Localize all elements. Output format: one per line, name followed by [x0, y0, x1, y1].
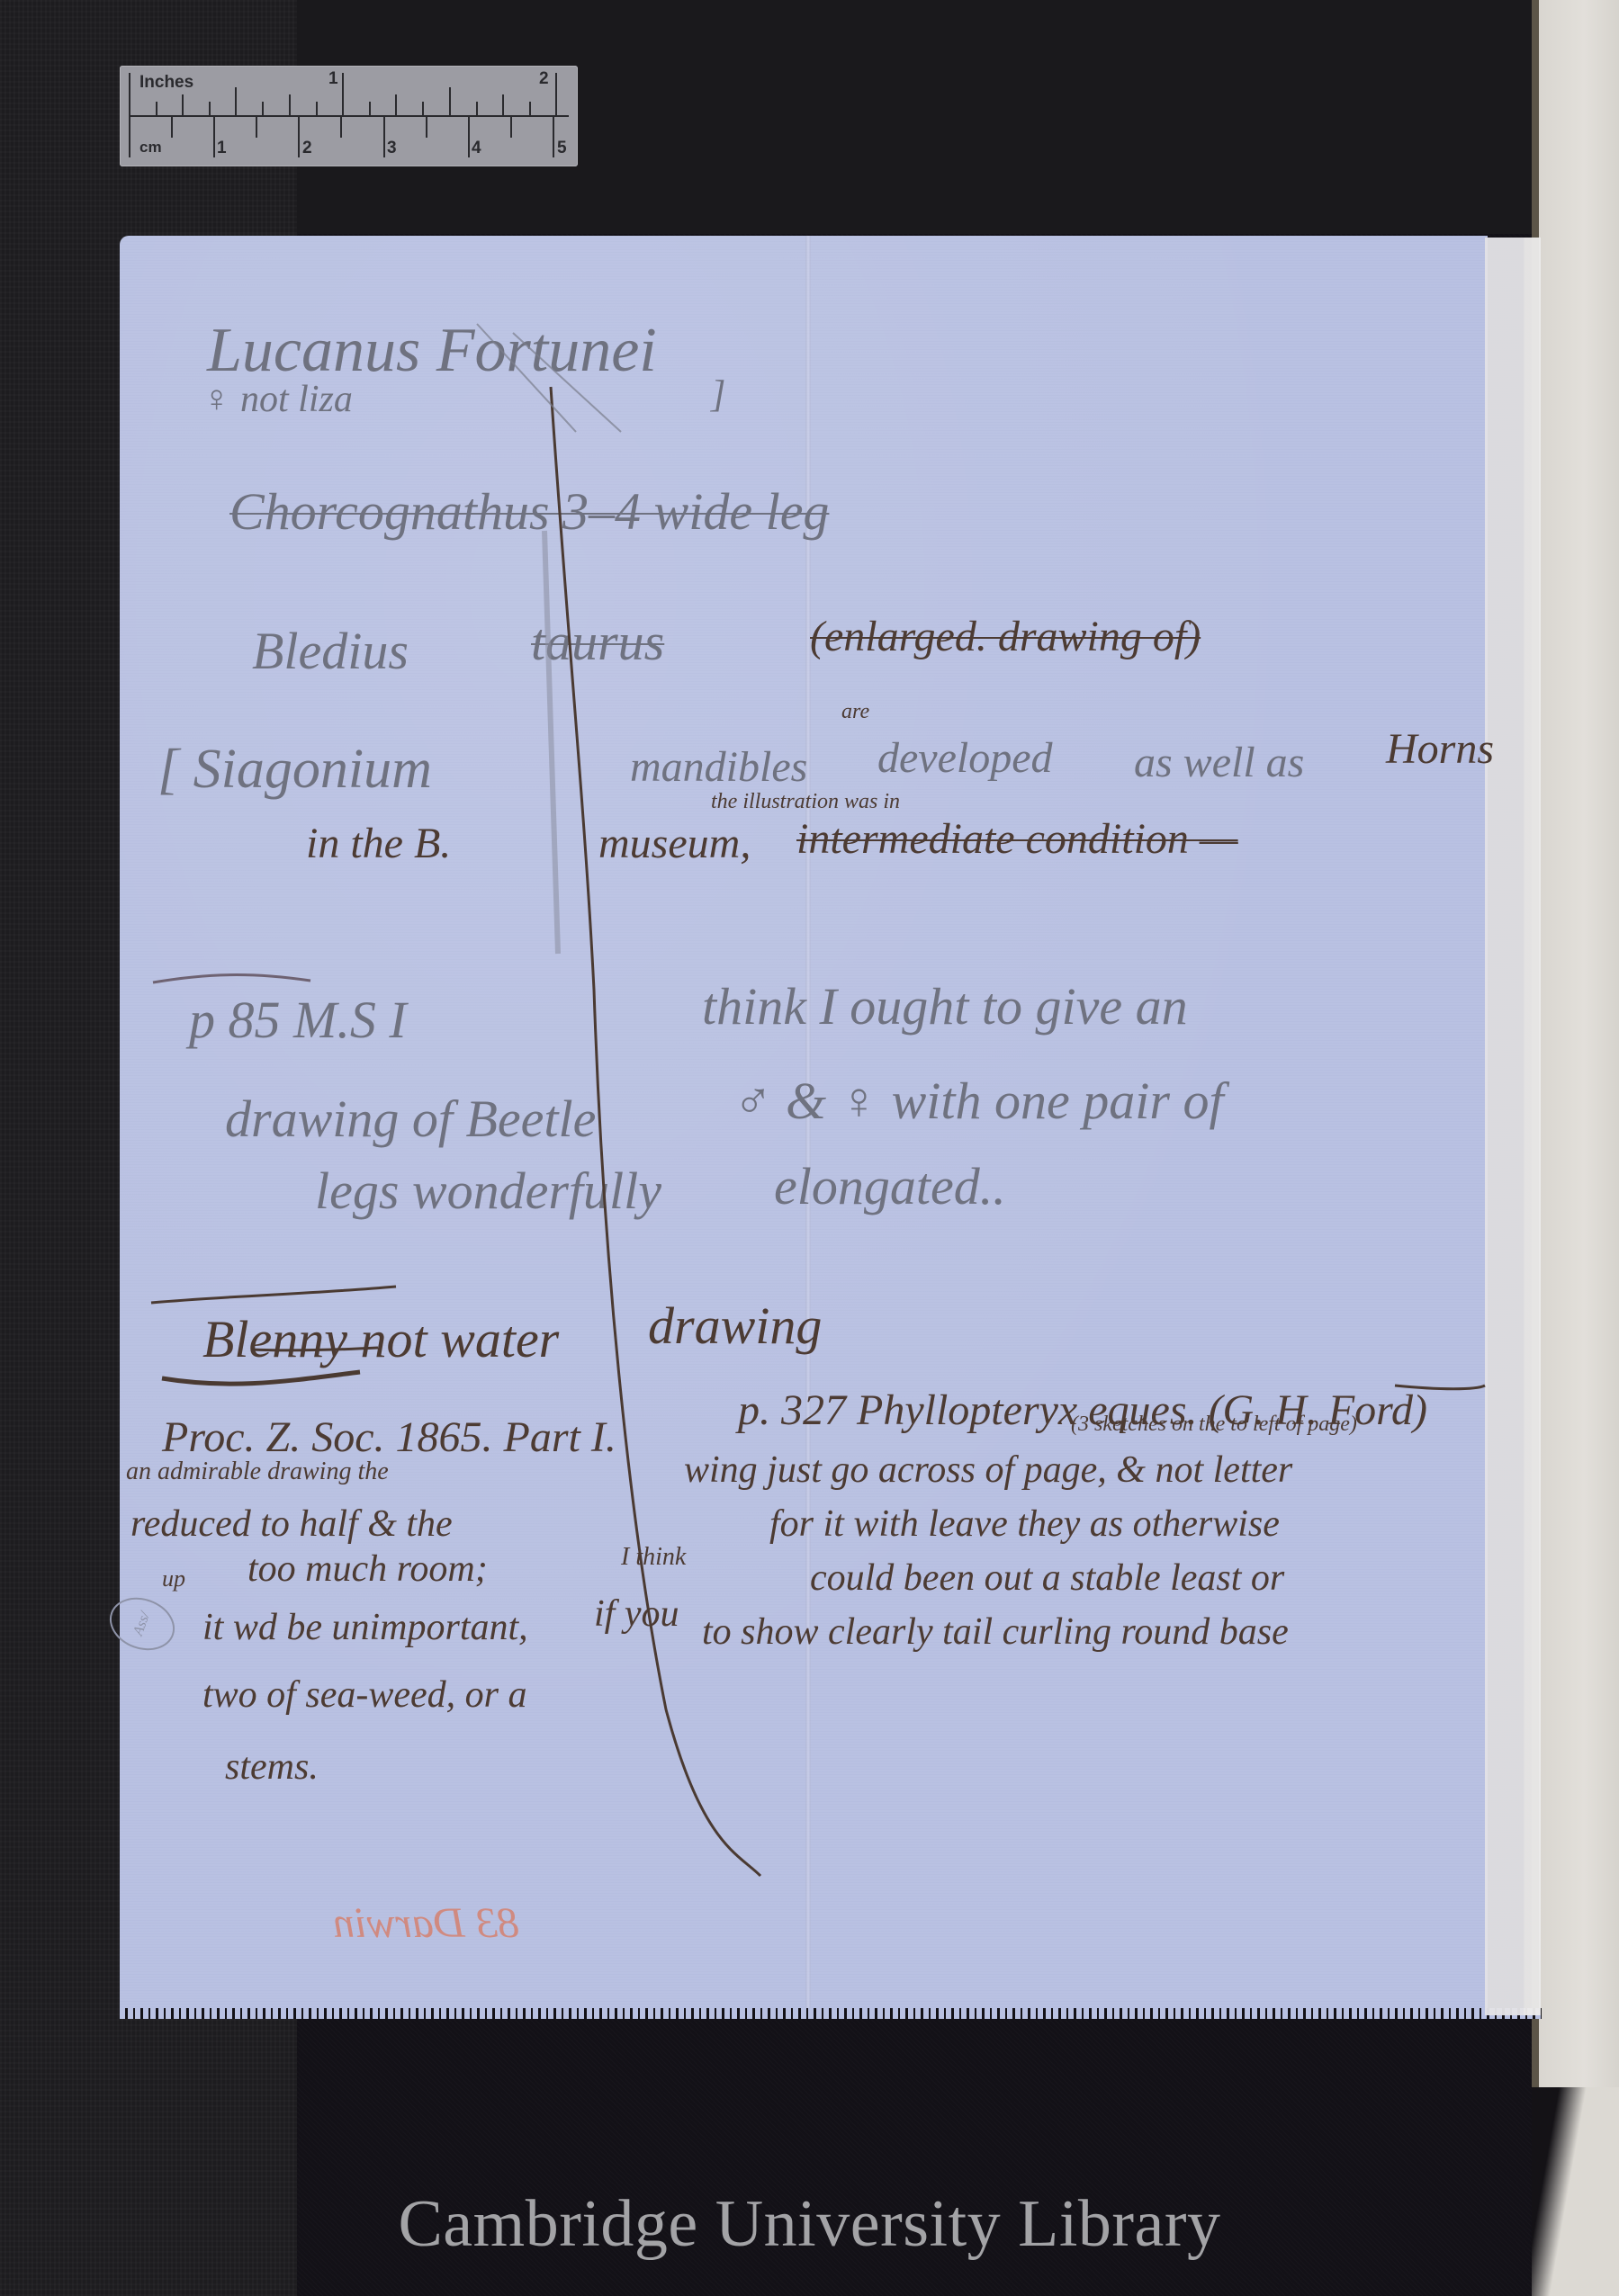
note-bledius-taurus: taurus: [531, 612, 664, 672]
ruler-tick: [395, 94, 397, 116]
hinge-tape: [1485, 238, 1541, 2015]
ruler-tick: [553, 116, 554, 157]
ruler-tick: [449, 87, 451, 116]
note-para-6: stems.: [225, 1745, 319, 1789]
stamp-text: Ass/: [130, 1610, 154, 1637]
institution-watermark: Cambridge University Library: [0, 2186, 1619, 2263]
ruler-tick: [213, 116, 215, 157]
ruler-inches-label: Inches: [139, 74, 193, 91]
note-siagonium-developed: developed: [877, 733, 1053, 783]
ruler-tick: [476, 102, 478, 116]
note-intermediate: intermediate condition —: [796, 814, 1238, 864]
ruler-tick: [129, 116, 130, 157]
note-para-3b: I think: [621, 1543, 686, 1572]
ruler-inch-mark-2: 2: [539, 70, 549, 87]
ruler-tick: [316, 102, 318, 116]
ruler-tick: [555, 73, 557, 116]
note-para-1a: an admirable drawing the: [126, 1457, 389, 1486]
note-chorcognathus: Chorcognathus 3–4 wide leg: [229, 481, 829, 542]
ruler-cm-mark-2: 2: [302, 139, 312, 157]
ruler-tick: [502, 94, 504, 116]
ruler-tick: [468, 116, 470, 157]
ruler-tick: [298, 116, 300, 157]
note-lucanus-sub: ♀ not liza: [202, 378, 353, 421]
note-siagonium-horns: Horns: [1386, 724, 1494, 774]
note-p85-3b: elongated..: [774, 1156, 1006, 1216]
ruler-tick: [422, 102, 424, 116]
note-blenny: Blenny not water: [202, 1309, 559, 1369]
note-museum: museum,: [598, 819, 751, 868]
ruler-tick: [156, 102, 157, 116]
ruler-tick: [235, 87, 237, 116]
ruler-tick: [262, 102, 264, 116]
ruler-tick: [182, 94, 184, 116]
note-proc-sub: (3 sketches on the to left of page): [1071, 1413, 1357, 1437]
ruler-tick: [340, 116, 342, 138]
note-bledius-enlarged: (enlarged. drawing of): [810, 612, 1201, 661]
note-lucanus: Lucanus Fortunei: [207, 315, 657, 387]
ruler-tick: [342, 73, 344, 116]
note-proc-ref: Proc. Z. Soc. 1865. Part I.: [162, 1413, 616, 1462]
ruler-cm-mark-3: 3: [387, 139, 397, 157]
note-para-3a: too much room;: [247, 1547, 488, 1591]
ruler-cm-mark-5: 5: [557, 139, 567, 157]
adjacent-book-page: [1532, 0, 1619, 2296]
note-interlinear: the illustration was in: [711, 790, 900, 814]
ruler-tick: [209, 102, 211, 116]
ruler-tick: [129, 73, 130, 116]
ruler-tick: [426, 116, 427, 138]
red-bleedthrough-annotation: 83 Darwin: [333, 1898, 519, 1948]
note-siagonium-aswell: as well as: [1134, 738, 1304, 787]
ruler-tick: [369, 102, 371, 116]
note-para-left: up: [162, 1565, 185, 1592]
note-lucanus-bracket: ]: [711, 373, 725, 417]
ruler-tick: [529, 102, 531, 116]
note-p85-2b: ♂ & ♀ with one pair of: [733, 1071, 1224, 1131]
ruler-inch-mark-1: 1: [328, 70, 338, 87]
note-bledius: Bledius: [252, 621, 409, 681]
note-blenny-drawing: drawing: [648, 1296, 822, 1356]
ruler-tick: [383, 116, 385, 157]
note-para-4a: it wd be unimportant,: [202, 1606, 528, 1649]
ruler-tick: [256, 116, 257, 138]
note-p85-1b: think I ought to give an: [702, 976, 1188, 1036]
ruler-tick: [171, 116, 173, 138]
ruler-cm-mark-4: 4: [472, 139, 481, 157]
note-in-the-b: in the B.: [306, 819, 451, 868]
note-para-4b: if you: [594, 1592, 679, 1636]
note-para-3c: could been out a stable least or: [810, 1556, 1284, 1600]
note-para-2b: for it with leave they as otherwise: [769, 1502, 1280, 1546]
ruler-cm-mark-1: 1: [217, 139, 227, 157]
note-p85-1a: p 85 M.S I: [189, 990, 407, 1050]
scale-ruler: Inches cm 1 2 1 2 3 4 5: [120, 66, 578, 166]
paper-torn-edge: [120, 2008, 1542, 2019]
note-siagonium: [ Siagonium: [157, 738, 432, 802]
ruler-cm-label: cm: [139, 139, 162, 155]
note-siagonium-are: are: [841, 700, 869, 724]
note-p85-3a: legs wonderfully: [315, 1161, 661, 1221]
note-para-5: two of sea-weed, or a: [202, 1673, 526, 1717]
note-siagonium-mandibles: mandibles: [630, 742, 807, 792]
note-para-1b: wing just go across of page, & not lette…: [684, 1448, 1292, 1492]
ruler-tick: [510, 116, 512, 138]
note-p85-2a: drawing of Beetle: [225, 1089, 596, 1149]
note-para-4c: to show clearly tail curling round base: [702, 1610, 1289, 1654]
ruler-tick: [289, 94, 291, 116]
red-annotation-text: 83 Darwin: [333, 1898, 519, 1948]
note-para-2a: reduced to half & the: [130, 1502, 453, 1546]
